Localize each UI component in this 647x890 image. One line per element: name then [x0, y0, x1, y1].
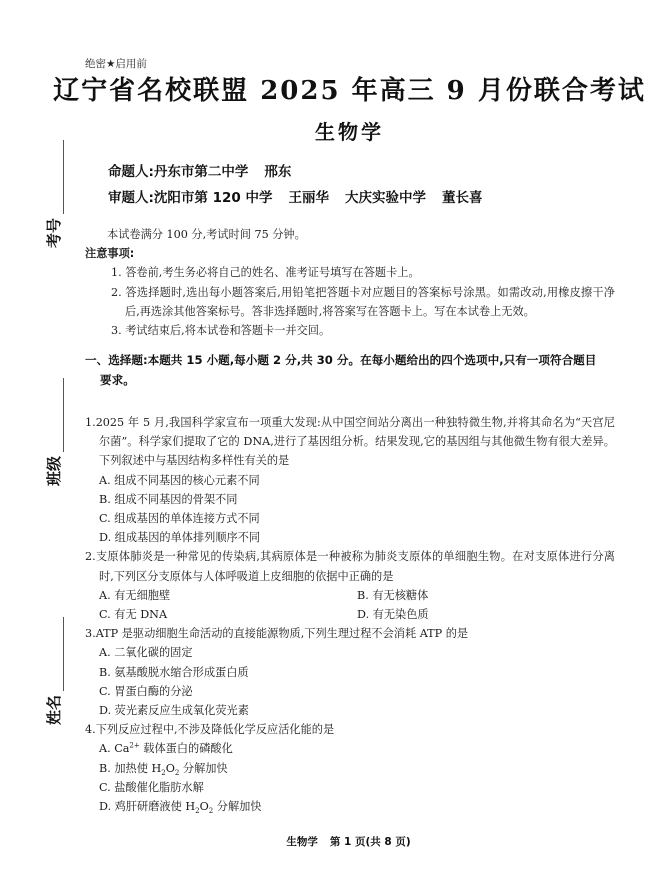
proposer-school: 丹东市第二中学	[154, 164, 249, 180]
option-b: B. 有无核糖体	[343, 586, 601, 605]
question-number: 3.	[85, 627, 96, 640]
page-footer: 生物学第 1 页(共 8 页)	[0, 834, 647, 849]
reviewer-school-2: 大庆实验中学	[345, 190, 426, 206]
options-row: C. 有无 DNA D. 有无染色质	[85, 605, 615, 624]
exam-info: 本试卷满分 100 分,考试时间 75 分钟。	[85, 225, 615, 244]
notice-heading: 注意事项:	[85, 244, 615, 263]
exam-title: 辽宁省名校联盟 2025 年高三 9 月份联合考试	[0, 70, 647, 107]
option-b: B. 组成不同基因的骨架不同	[85, 490, 615, 509]
exam-number-write-line	[63, 140, 64, 214]
name-write-line	[63, 617, 64, 691]
option-text: 分解加快	[179, 762, 227, 775]
option-text: A. Ca	[99, 742, 129, 755]
proposer-label: 命题人:	[108, 164, 154, 180]
proposer-name: 邢东	[264, 164, 291, 180]
question-text: 支原体肺炎是一种常见的传染病,其病原体是一种被称为肺炎支原体的单细胞生物。在对支…	[96, 550, 615, 582]
section-heading-cont: 要求。	[85, 370, 613, 390]
question-3: 3.ATP 是驱动细胞生命活动的直接能源物质,下列生理过程不会消耗 ATP 的是…	[85, 624, 615, 720]
reviewer-name-2: 董长喜	[442, 190, 483, 206]
page-number: 第 1 页(共 8 页)	[330, 836, 411, 848]
question-stem: 1.2025 年 5 月,我国科学家宣布一项重大发现:从中国空间站分离出一种独特…	[85, 413, 615, 471]
question-text: ATP 是驱动细胞生命活动的直接能源物质,下列生理过程不会消耗 ATP 的是	[96, 627, 468, 640]
option-text: O	[166, 762, 175, 775]
margin-field-name: 姓名	[44, 617, 68, 737]
reviewer-name-1: 王丽华	[289, 190, 330, 206]
option-c: C. 盐酸催化脂肪水解	[85, 778, 615, 797]
exam-instructions: 本试卷满分 100 分,考试时间 75 分钟。 注意事项: 1. 答卷前,考生务…	[85, 225, 615, 340]
option-text: B. 加热使 H	[99, 762, 161, 775]
option-text: 载体蛋白的磷酸化	[140, 742, 233, 755]
question-text: 下列反应过程中,不涉及降低化学反应活化能的是	[96, 723, 335, 736]
confidential-label: 绝密★启用前	[85, 56, 147, 71]
exam-page: 考号 班级 姓名 绝密★启用前 辽宁省名校联盟 2025 年高三 9 月份联合考…	[0, 0, 647, 890]
option-c: C. 胃蛋白酶的分泌	[85, 682, 615, 701]
authors-block: 命题人:丹东市第二中学邢东 审题人:沈阳市第 120 中学王丽华大庆实验中学董长…	[108, 159, 483, 211]
option-d: D. 鸡肝研磨液使 H2O2 分解加快	[85, 797, 615, 816]
option-b: B. 氨基酸脱水缩合形成蛋白质	[85, 663, 615, 682]
class-write-line	[63, 378, 64, 452]
option-b: B. 加热使 H2O2 分解加快	[85, 759, 615, 778]
option-d: D. 组成基因的单体排列顺序不同	[85, 528, 615, 547]
exam-number-label: 考号	[44, 228, 64, 248]
option-d: D. 有无染色质	[343, 605, 601, 624]
reviewer-row: 审题人:沈阳市第 120 中学王丽华大庆实验中学董长喜	[108, 185, 483, 211]
option-a: A. 有无细胞壁	[85, 586, 343, 605]
name-label: 姓名	[44, 705, 64, 725]
question-stem: 4.下列反应过程中,不涉及降低化学反应活化能的是	[85, 720, 615, 739]
margin-field-class: 班级	[44, 378, 68, 498]
question-number: 1.	[85, 416, 96, 429]
margin-field-exam-number: 考号	[44, 140, 68, 260]
option-a: A. 二氧化碳的固定	[85, 643, 615, 662]
reviewer-label: 审题人:	[108, 190, 154, 206]
question-stem: 2.支原体肺炎是一种常见的传染病,其病原体是一种被称为肺炎支原体的单细胞生物。在…	[85, 547, 615, 585]
question-number: 2.	[85, 550, 96, 563]
section-heading: 一、选择题:本题共 15 小题,每小题 2 分,共 30 分。在每小题给出的四个…	[85, 350, 613, 390]
notice-item: 3. 考试结束后,将本试卷和答题卡一并交回。	[85, 321, 615, 340]
superscript: 2+	[129, 742, 139, 750]
option-c: C. 组成基因的单体连接方式不同	[85, 509, 615, 528]
footer-subject: 生物学	[286, 836, 318, 848]
question-1: 1.2025 年 5 月,我国科学家宣布一项重大发现:从中国空间站分离出一种独特…	[85, 413, 615, 547]
question-number: 4.	[85, 723, 96, 736]
section-heading-text: 一、选择题:本题共 15 小题,每小题 2 分,共 30 分。在每小题给出的四个…	[85, 350, 613, 370]
option-c: C. 有无 DNA	[85, 605, 343, 624]
reviewer-school-1: 沈阳市第 120 中学	[154, 190, 273, 206]
question-4: 4.下列反应过程中,不涉及降低化学反应活化能的是 A. Ca2+ 载体蛋白的磷酸…	[85, 720, 615, 816]
option-text: O	[200, 800, 209, 813]
options-row: A. 有无细胞壁 B. 有无核糖体	[85, 586, 615, 605]
option-text: D. 鸡肝研磨液使 H	[99, 800, 195, 813]
option-a: A. Ca2+ 载体蛋白的磷酸化	[85, 739, 615, 758]
notice-item: 2. 答选择题时,选出每小题答案后,用铅笔把答题卡对应题目的答案标号涂黑。如需改…	[85, 283, 615, 321]
question-2: 2.支原体肺炎是一种常见的传染病,其病原体是一种被称为肺炎支原体的单细胞生物。在…	[85, 547, 615, 624]
question-stem: 3.ATP 是驱动细胞生命活动的直接能源物质,下列生理过程不会消耗 ATP 的是	[85, 624, 615, 643]
subject-title: 生物学	[0, 116, 647, 145]
option-text: 分解加快	[213, 800, 261, 813]
option-d: D. 荧光素反应生成氧化荧光素	[85, 701, 615, 720]
option-a: A. 组成不同基因的核心元素不同	[85, 471, 615, 490]
questions-list: 1.2025 年 5 月,我国科学家宣布一项重大发现:从中国空间站分离出一种独特…	[85, 413, 615, 816]
notice-item: 1. 答卷前,考生务必将自己的姓名、准考证号填写在答题卡上。	[85, 263, 615, 282]
proposer-row: 命题人:丹东市第二中学邢东	[108, 159, 483, 185]
class-label: 班级	[44, 466, 64, 486]
question-text: 2025 年 5 月,我国科学家宣布一项重大发现:从中国空间站分离出一种独特微生…	[96, 416, 615, 467]
